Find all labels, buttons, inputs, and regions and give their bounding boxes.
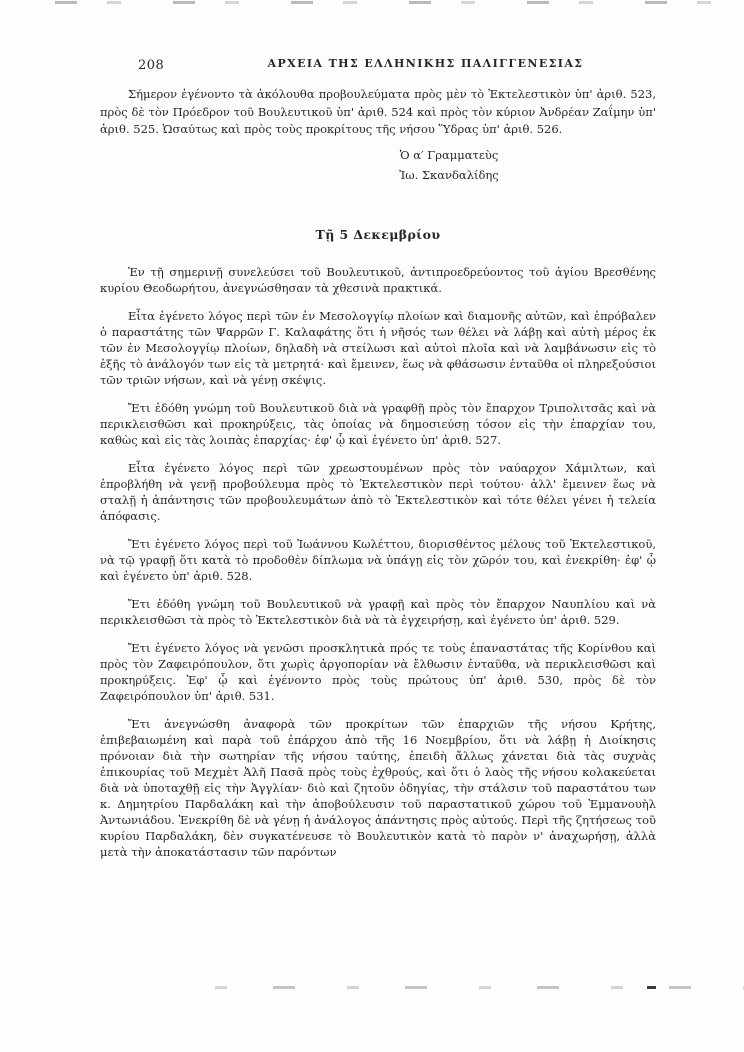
paragraph-protocol-numbers: Σήμερον ἐγένοντο τὰ ἀκόλουθα προβουλεύμα…	[100, 86, 656, 139]
signature-name: Ἰω. Σκανδαλίδης	[344, 165, 554, 185]
paragraph-session-opening: Ἐν τῇ σημερινῇ συνελεύσει τοῦ Βουλευτικο…	[100, 264, 656, 296]
paragraph-eparch-tripolitsa: Ἔτι ἐδόθη γνώμη τοῦ Βουλευτικοῦ διὰ νὰ γ…	[100, 400, 656, 448]
paragraph-corinth-invitations: Ἔτι ἐγένετο λόγος νὰ γενῶσι προσκλητικὰ …	[100, 640, 656, 704]
scan-artifact-top	[55, 1, 744, 4]
signature-role: Ὁ α′ Γραμματεὺς	[344, 145, 554, 165]
paragraph-kolettos: Ἔτι ἐγένετο λόγος περὶ τοῦ Ἰωάννου Κωλέτ…	[100, 536, 656, 584]
paragraph-eparch-nafplio: Ἔτι ἐδόθη γνώμη τοῦ Βουλευτικοῦ νὰ γραφῇ…	[100, 596, 656, 628]
paragraph-crete-report: Ἔτι ἀνεγνώσθη ἀναφορὰ τῶν προκρίτων τῶν …	[100, 716, 656, 860]
page-body: Σήμερον ἐγένοντο τὰ ἀκόλουθα προβουλεύμα…	[100, 86, 656, 872]
running-head: 208 ΑΡΧΕΙΑ ΤΗΣ ΕΛΛΗΝΙΚΗΣ ΠΑΛΙΓΓΕΝΕΣΙΑΣ	[100, 57, 656, 75]
scan-artifact-bottom	[215, 986, 744, 989]
paragraph-missolonghi-ships: Εἶτα ἐγένετο λόγος περὶ τῶν ἐν Μεσολογγί…	[100, 308, 656, 388]
running-title: ΑΡΧΕΙΑ ΤΗΣ ΕΛΛΗΝΙΚΗΣ ΠΑΛΙΓΓΕΝΕΣΙΑΣ	[100, 57, 656, 70]
session-date-heading: Τῇ 5 Δεκεμβρίου	[100, 227, 656, 243]
page-number: 208	[138, 58, 164, 73]
scanned-book-page: 208 ΑΡΧΕΙΑ ΤΗΣ ΕΛΛΗΝΙΚΗΣ ΠΑΛΙΓΓΕΝΕΣΙΑΣ Σ…	[0, 0, 744, 1052]
signature-block: Ὁ α′ Γραμματεὺς Ἰω. Σκανδαλίδης	[344, 145, 554, 185]
paragraph-admiral-hamilton: Εἶτα ἐγένετο λόγος περὶ τῶν χρεωστουμένω…	[100, 460, 656, 524]
